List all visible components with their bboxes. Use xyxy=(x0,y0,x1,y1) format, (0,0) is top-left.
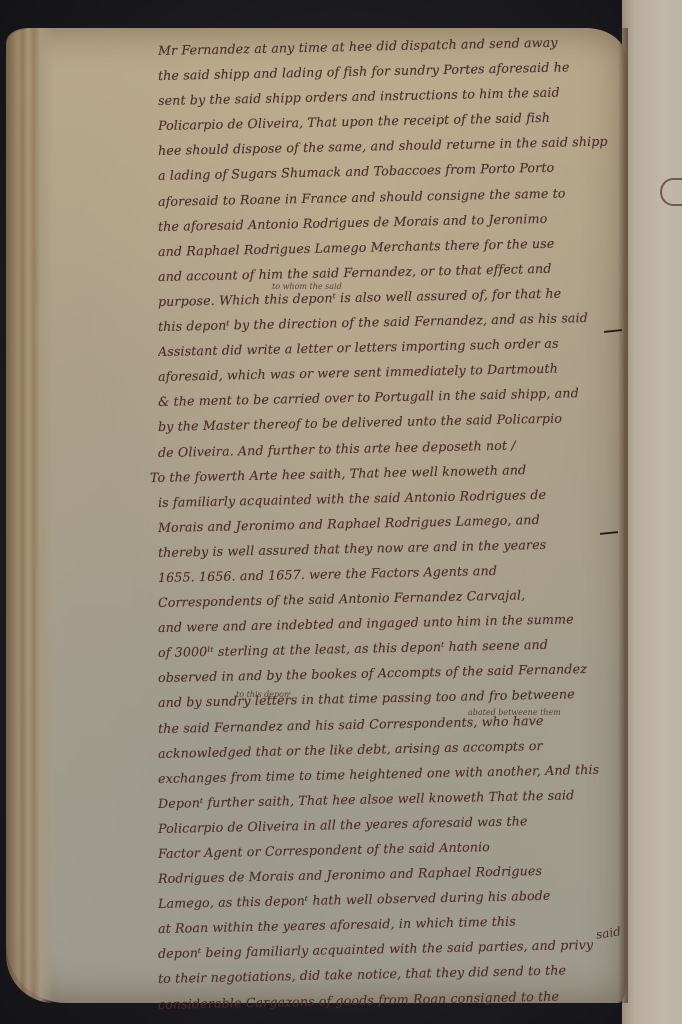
right-page-edge xyxy=(622,0,682,1024)
manuscript-photo: Mr Fernandez at any time at hee did disp… xyxy=(0,0,682,1024)
interlinear-insertion: to whom the said xyxy=(272,282,342,291)
interlinear-insertion: to this deponᵗ xyxy=(236,690,291,699)
ink-flourish-mark xyxy=(660,178,682,206)
interlinear-insertion: abated betweene them xyxy=(468,708,561,717)
page-binding-fold xyxy=(618,28,628,1003)
page-gutter-edge xyxy=(6,28,54,1003)
manuscript-text-block: Mr Fernandez at any time at hee did disp… xyxy=(158,38,618,1017)
